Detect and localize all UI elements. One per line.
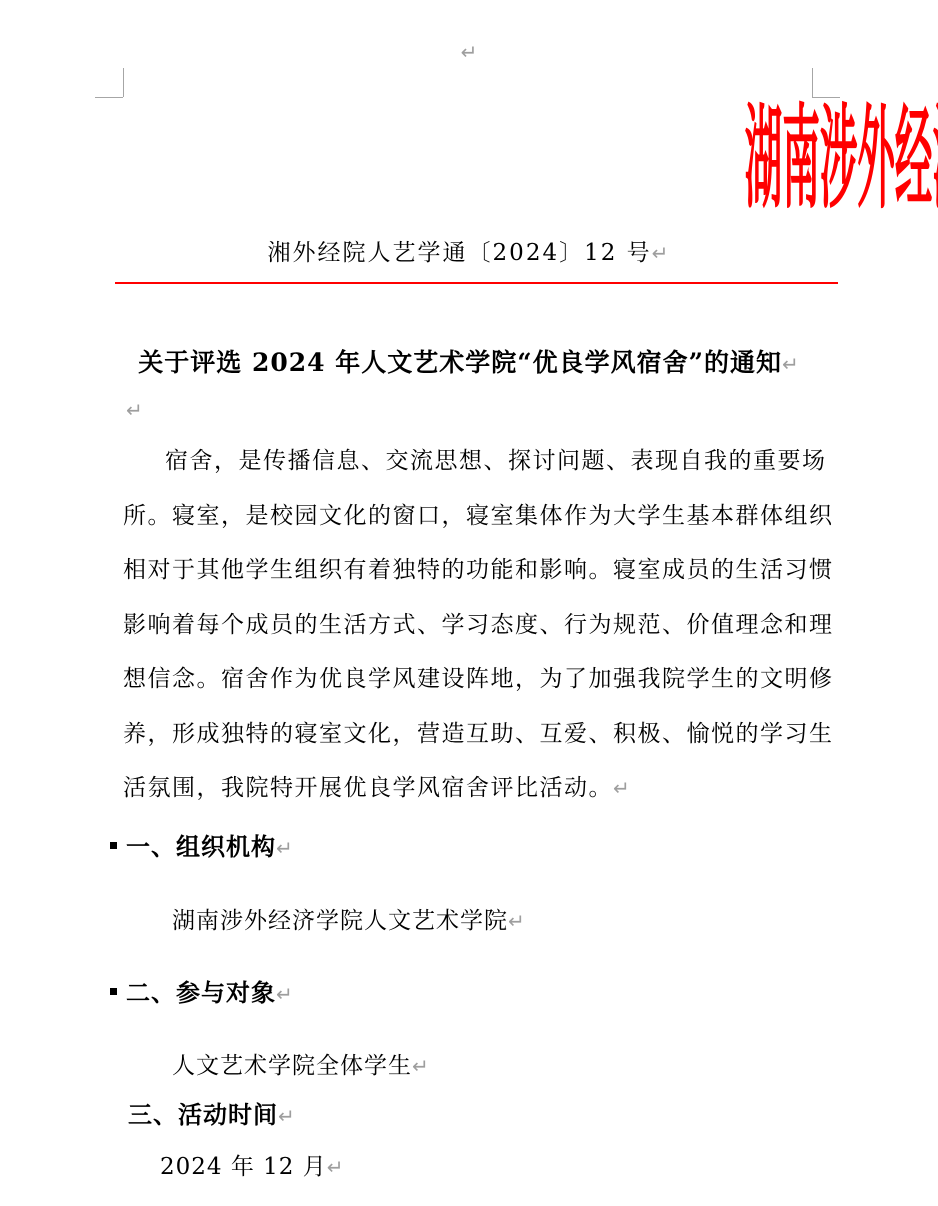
body-line-text: 活氛围，我院特开展优良学风宿舍评比活动。: [123, 775, 613, 801]
section-content-3: 2024 年 12 月↵: [160, 1152, 345, 1182]
section-heading-text: 二、参与对象: [126, 978, 276, 1007]
section-heading-text: 一、组织机构: [126, 832, 276, 861]
body-line: 想信念。宿舍作为优良学风建设阵地，为了加强我院学生的文明修: [123, 652, 815, 707]
document-title: 关于评选 2024 年人文艺术学院“优良学风宿舍”的通知: [138, 348, 782, 377]
paragraph-mark-icon: ↵: [276, 982, 294, 1006]
section-content-2: 人文艺术学院全体学生↵: [172, 1051, 430, 1081]
body-line: 相对于其他学生组织有着独特的功能和影响。寝室成员的生活习惯: [123, 543, 815, 598]
section-heading-3: 三、活动时间↵: [128, 1100, 296, 1131]
issue-number-line: 湘外经院人艺学通〔2024〕12 号↵: [0, 238, 938, 268]
body-line: 养，形成独特的寝室文化，营造互助、互爱、积极、愉悦的学习生: [123, 707, 815, 762]
section-heading-1: 一、组织机构↵: [110, 832, 294, 863]
section-heading-text: 三、活动时间: [128, 1100, 278, 1129]
section-content-1: 湖南涉外经济学院人文艺术学院↵: [172, 906, 526, 936]
paragraph-mark-icon: ↵: [327, 1155, 345, 1179]
masthead: 湖南涉外经济学院人文艺术学院通报（通知）: [0, 102, 938, 216]
margin-corner-mark-left-vertical: [123, 68, 124, 97]
paragraph-mark-icon: ↵: [652, 241, 671, 265]
section-content-text: 湖南涉外经济学院人文艺术学院: [172, 908, 508, 934]
paragraph-mark-icon: ↵: [276, 836, 294, 860]
paragraph-mark-icon: ↵: [412, 1054, 430, 1078]
paragraph-mark-icon: ↵: [782, 352, 800, 376]
masthead-title: 湖南涉外经济学院人文艺术学院通报（通知）: [745, 102, 938, 216]
document-title-line: 关于评选 2024 年人文艺术学院“优良学风宿舍”的通知↵: [0, 347, 938, 380]
paragraph-mark-icon: ↵: [508, 909, 526, 933]
masthead-divider-rule: [115, 282, 838, 284]
section-content-text: 2024 年 12 月: [160, 1154, 327, 1180]
paragraph-mark-icon: ↵: [126, 398, 143, 422]
issue-number: 湘外经院人艺学通〔2024〕12 号: [268, 240, 652, 266]
word-document-page: ↵ 湖南涉外经济学院人文艺术学院通报（通知） 湘外经院人艺学通〔2024〕12 …: [0, 0, 938, 1206]
section-bullet-icon: [110, 988, 117, 995]
margin-corner-mark-left-horizontal: [95, 97, 123, 98]
paragraph-mark-icon: ↵: [278, 1104, 296, 1128]
body-line: 活氛围，我院特开展优良学风宿舍评比活动。↵: [123, 761, 815, 816]
body-paragraph: 宿舍，是传播信息、交流思想、探讨问题、表现自我的重要场 所。寝室，是校园文化的窗…: [123, 434, 815, 816]
body-line: 宿舍，是传播信息、交流思想、探讨问题、表现自我的重要场: [123, 434, 815, 489]
paragraph-mark-icon: ↵: [0, 40, 938, 64]
body-line: 影响着每个成员的生活方式、学习态度、行为规范、价值理念和理: [123, 598, 815, 653]
section-content-text: 人文艺术学院全体学生: [172, 1053, 412, 1079]
body-line: 所。寝室，是校园文化的窗口，寝室集体作为大学生基本群体组织: [123, 489, 815, 544]
paragraph-mark-icon: ↵: [613, 776, 631, 800]
section-heading-2: 二、参与对象↵: [110, 978, 294, 1009]
section-bullet-icon: [110, 842, 117, 849]
